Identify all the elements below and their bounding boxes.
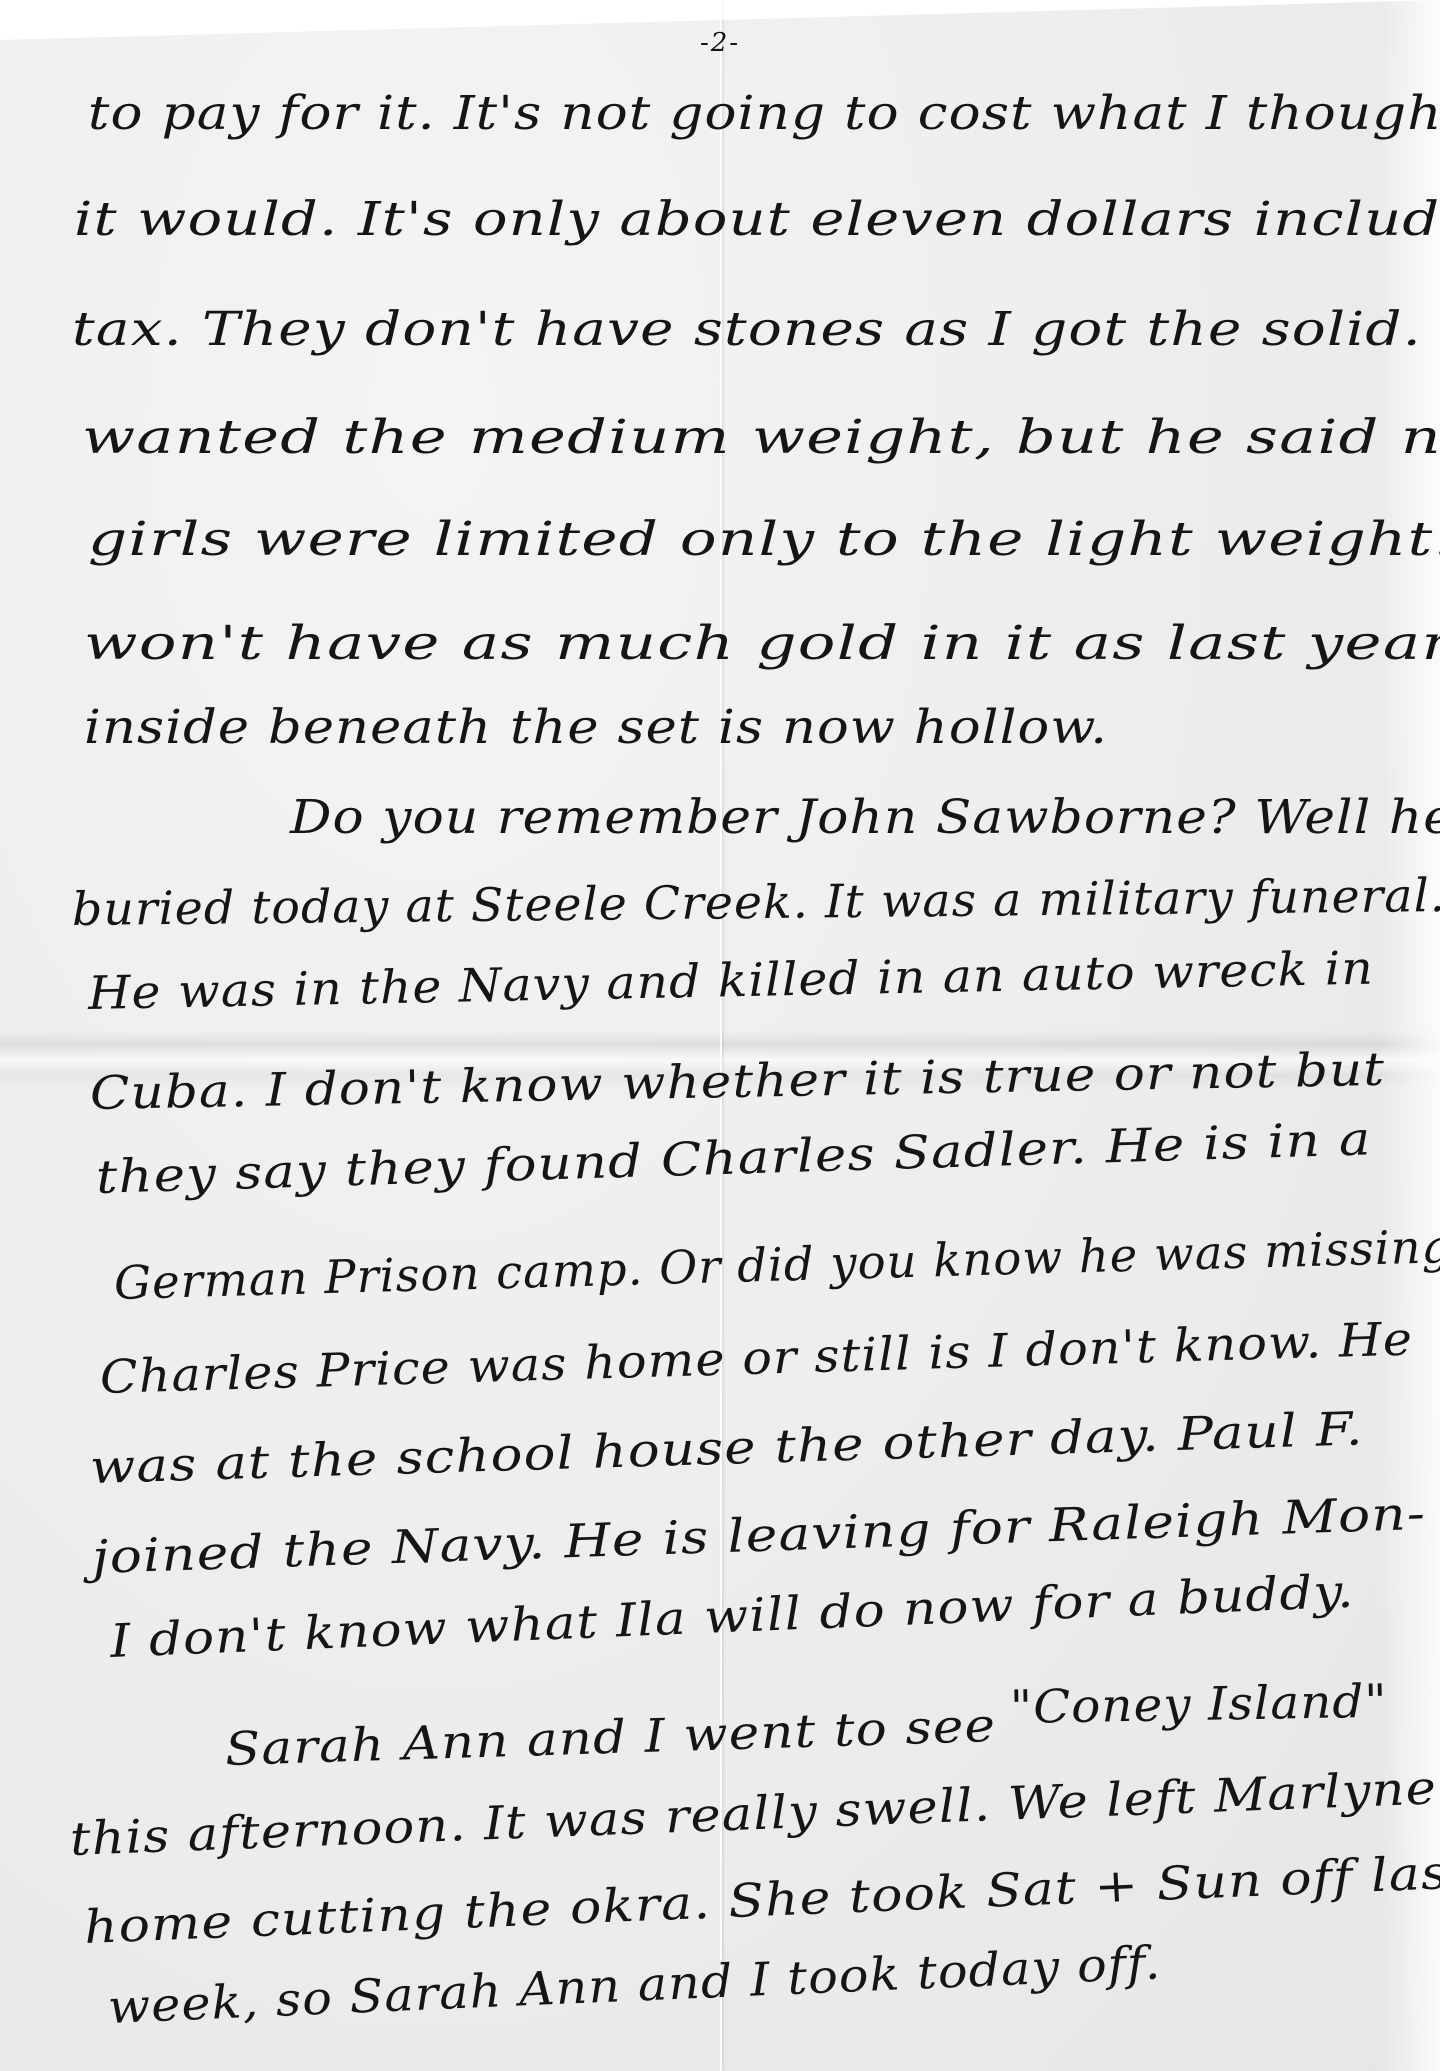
letter-line: Charles Price was home or still is I don… [99, 1311, 1414, 1404]
letter-line: wanted the medium weight, but he said no… [82, 410, 1440, 465]
letter-line: they say they found Charles Sadler. He i… [95, 1111, 1373, 1204]
letter-page: -2- to pay for it. It's not going to cos… [0, 0, 1440, 2071]
letter-line: Sarah Ann and I went to see [224, 1698, 997, 1776]
letter-line: home cutting the okra. She took Sat + Su… [83, 1844, 1440, 1954]
letter-line: German Prison camp. Or did you know he w… [113, 1218, 1440, 1310]
letter-line: Do you remember John Sawborne? Well he w… [290, 790, 1440, 845]
letter-line: it would. It's only about eleven dollars… [74, 192, 1440, 247]
letter-line: week, so Sarah Ann and I took today off. [107, 1935, 1163, 2034]
letter-line: to pay for it. It's not going to cost wh… [88, 86, 1440, 141]
letter-line: Cuba. I don't know whether it is true or… [89, 1042, 1385, 1120]
letter-line: tax. They don't have stones as I got the… [72, 302, 1440, 357]
letter-line: "Coney Island" [1010, 1674, 1389, 1734]
letter-line: girls were limited only to the light wei… [88, 512, 1440, 567]
letter-line: won't have as much gold in it as last ye… [84, 616, 1440, 671]
letter-line: buried today at Steele Creek. It was a m… [72, 868, 1440, 936]
letter-line: I don't know what Ila will do now for a … [109, 1564, 1356, 1668]
letter-line: inside beneath the set is now hollow. [84, 700, 1108, 755]
letter-line: was at the school house the other day. P… [89, 1401, 1364, 1494]
letter-line: He was in the Navy and killed in an auto… [87, 941, 1374, 1020]
page-number: -2- [0, 28, 1440, 58]
